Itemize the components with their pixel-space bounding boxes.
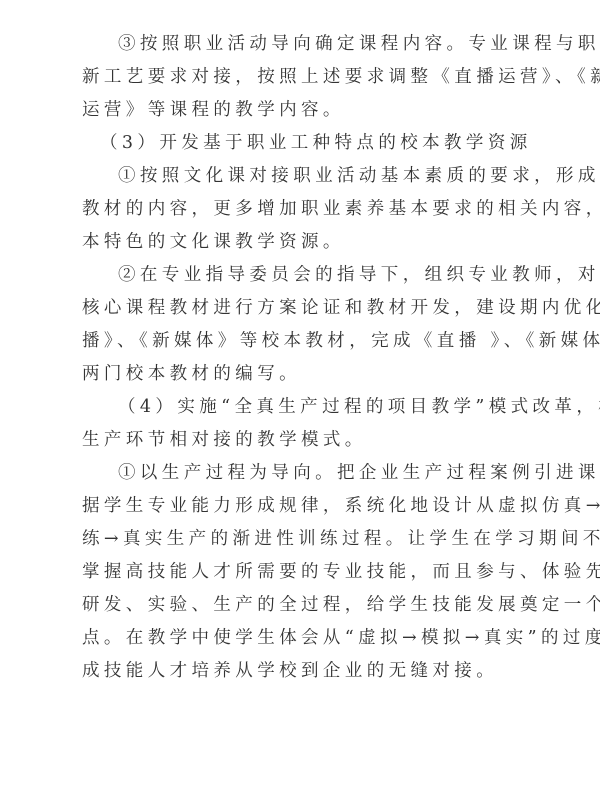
text-line: 成技能人才培养从学校到企业的无缝对接。 [82,655,522,688]
text-line: 核心课程教材进行方案论证和教材开发，建设期内优化《 直 [82,292,522,325]
paragraph-textbook-development: ②在专业指导委员会的指导下，组织专业教师，对本专业 核心课程教材进行方案论证和教… [82,259,522,391]
text-line: 教材的内容，更多增加职业素养基本要求的相关内容，形成校 [82,193,522,226]
text-line: 本特色的文化课教学资源。 [82,226,522,259]
text-line: 据学生专业能力形成规律，系统化地设计从虚拟仿真→模拟训 [82,490,522,523]
text-line: 新工艺要求对接，按照上述要求调整《直播运营》、《新媒体 [82,61,522,94]
text-line: 运营》等课程的教学内容。 [82,94,522,127]
section-heading-4: （4）实施“全真生产过程的项目教学”模式改革，构建与 生产环节相对接的教学模式。 [82,391,522,457]
text-line: ①以生产过程为导向。把企业生产过程案例引进课堂，根 [82,457,522,490]
heading-text: 生产环节相对接的教学模式。 [82,424,522,457]
text-line: 点。在教学中使学生体会从“虚拟→模拟→真实”的过度，完 [82,622,522,655]
text-line: 播》、《新媒体》等校本教材，完成《直播 》、《新媒体 》 [82,325,522,358]
document-page: ③按照职业活动导向确定课程内容。专业课程与职业岗位 新工艺要求对接，按照上述要求… [0,0,600,800]
text-line: ②在专业指导委员会的指导下，组织专业教师，对本专业 [82,259,522,292]
text-line: ①按照文化课对接职业活动基本素质的要求，形成文化课 [82,160,522,193]
text-line: 掌握高技能人才所需要的专业技能，而且参与、体验先进技术 [82,556,522,589]
text-line: ③按照职业活动导向确定课程内容。专业课程与职业岗位 [82,28,522,61]
text-line: 练→真实生产的渐进性训练过程。让学生在学习期间不仅可以 [82,523,522,556]
heading-text: （3）开发基于职业工种特点的校本教学资源 [100,127,540,160]
section-heading-3: （3）开发基于职业工种特点的校本教学资源 [100,127,540,160]
paragraph-production-oriented: ①以生产过程为导向。把企业生产过程案例引进课堂，根 据学生专业能力形成规律，系统… [82,457,522,688]
paragraph-culture-course: ①按照文化课对接职业活动基本素质的要求，形成文化课 教材的内容，更多增加职业素养… [82,160,522,259]
text-line: 研发、实验、生产的全过程，给学生技能发展奠定一个较高起 [82,589,522,622]
paragraph-course-content: ③按照职业活动导向确定课程内容。专业课程与职业岗位 新工艺要求对接，按照上述要求… [82,28,522,127]
text-line: 两门校本教材的编写。 [82,358,522,391]
heading-text: （4）实施“全真生产过程的项目教学”模式改革，构建与 [82,391,522,424]
